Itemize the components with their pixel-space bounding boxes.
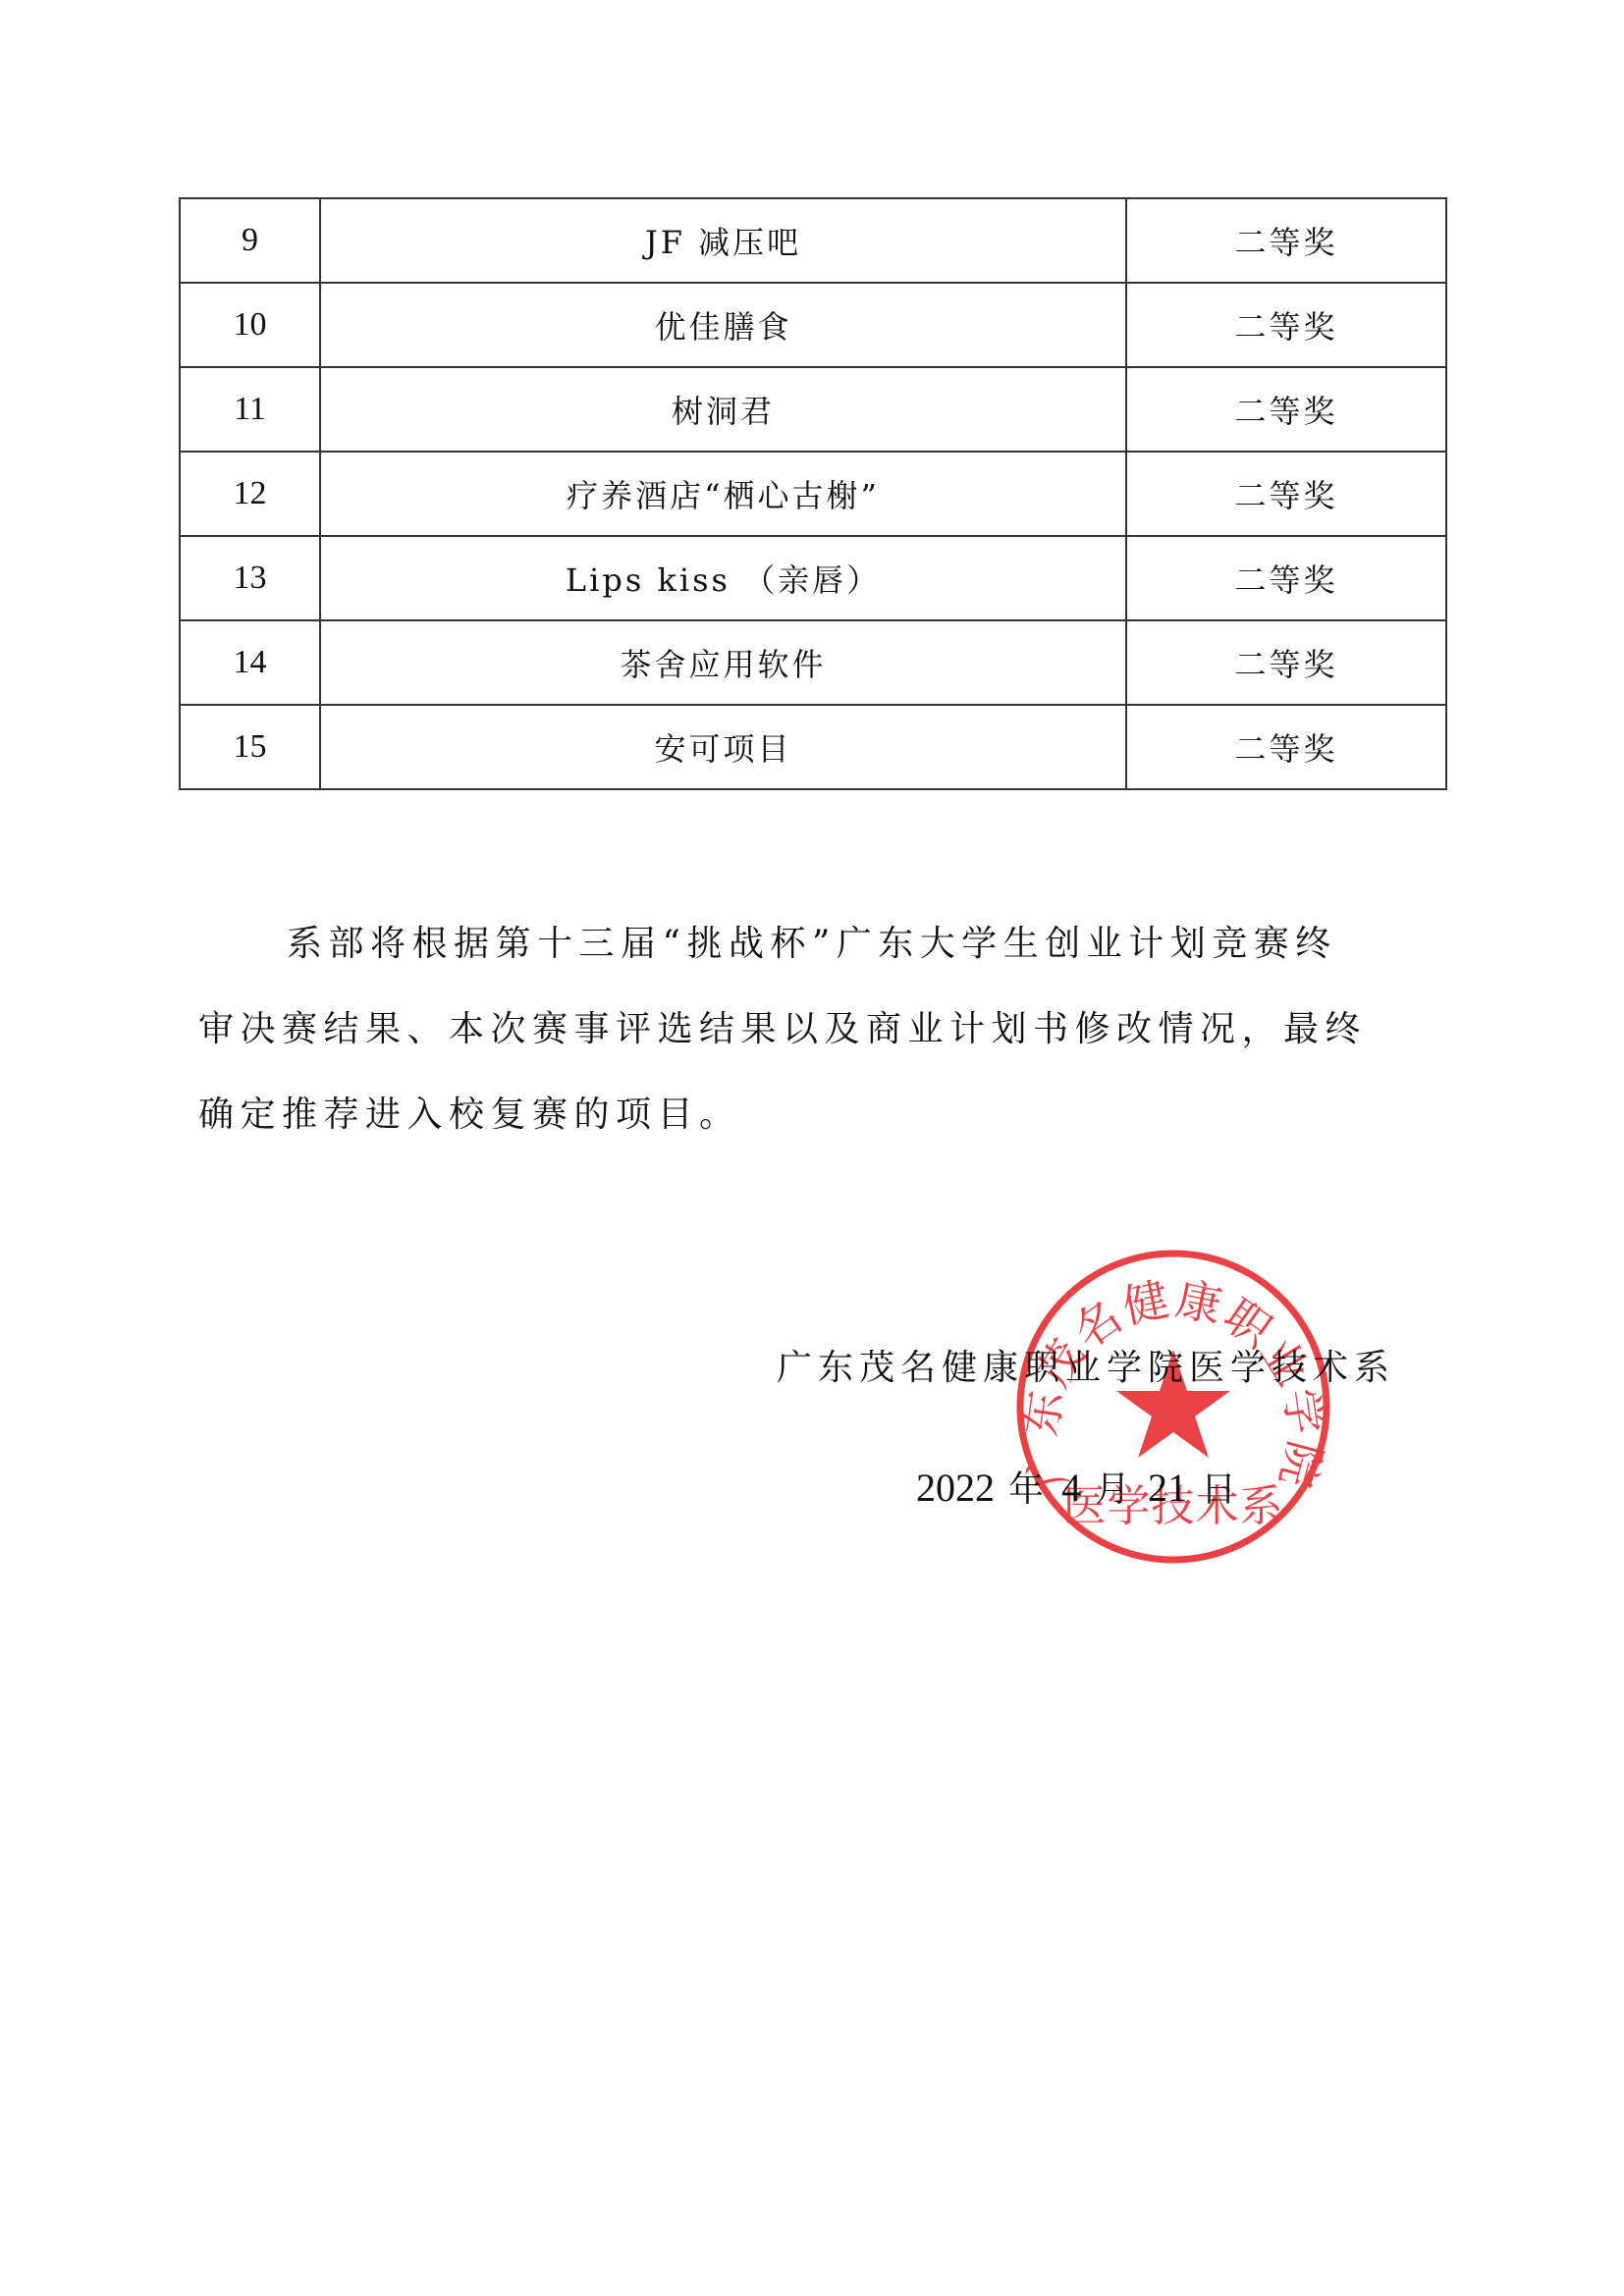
table-row: 15 安可项目 二等奖	[180, 705, 1446, 789]
award-level: 二等奖	[1126, 620, 1446, 705]
row-number: 14	[180, 620, 320, 705]
award-level: 二等奖	[1126, 367, 1446, 452]
table-row: 13 Lips kiss （亲唇） 二等奖	[180, 536, 1446, 620]
award-level: 二等奖	[1126, 705, 1446, 789]
award-level: 二等奖	[1126, 198, 1446, 283]
project-name: 优佳膳食	[320, 283, 1126, 367]
project-name: 疗养酒店“栖心古榭”	[320, 452, 1126, 536]
table-row: 10 优佳膳食 二等奖	[180, 283, 1446, 367]
seal-graphic: 广东茂名健康职业学院 医学技术系	[1014, 1248, 1332, 1566]
table-row: 14 茶舍应用软件 二等奖	[180, 620, 1446, 705]
table-row: 11 树洞君 二等奖	[180, 367, 1446, 452]
award-level: 二等奖	[1126, 283, 1446, 367]
table-row: 12 疗养酒店“栖心古榭” 二等奖	[180, 452, 1446, 536]
document-page: 9 JF 减压吧 二等奖 10 优佳膳食 二等奖 11 树洞君 二等奖 12 疗…	[0, 0, 1624, 2296]
row-number: 10	[180, 283, 320, 367]
paragraph-line: 系部将根据第十三届“挑战杯”广东大学生创业计划竞赛终	[198, 901, 1434, 987]
seal-bottom-text: 医学技术系	[1063, 1481, 1284, 1531]
row-number: 9	[180, 198, 320, 283]
project-name: JF 减压吧	[320, 198, 1126, 283]
project-name: 树洞君	[320, 367, 1126, 452]
paragraph-line: 确定推荐进入校复赛的项目。	[198, 1072, 1434, 1157]
table-row: 9 JF 减压吧 二等奖	[180, 198, 1446, 283]
row-number: 12	[180, 452, 320, 536]
project-name: 茶舍应用软件	[320, 620, 1126, 705]
award-level: 二等奖	[1126, 536, 1446, 620]
body-paragraph: 系部将根据第十三届“挑战杯”广东大学生创业计划竞赛终 审决赛结果、本次赛事评选结…	[198, 901, 1434, 1157]
seal-star-icon	[1116, 1350, 1230, 1458]
project-name: Lips kiss （亲唇）	[320, 536, 1126, 620]
row-number: 13	[180, 536, 320, 620]
paragraph-line: 审决赛结果、本次赛事评选结果以及商业计划书修改情况，最终	[198, 987, 1434, 1072]
official-seal: 广东茂名健康职业学院 医学技术系	[1014, 1248, 1332, 1566]
row-number: 15	[180, 705, 320, 789]
award-table: 9 JF 减压吧 二等奖 10 优佳膳食 二等奖 11 树洞君 二等奖 12 疗…	[179, 197, 1447, 790]
row-number: 11	[180, 367, 320, 452]
award-level: 二等奖	[1126, 452, 1446, 536]
date-year: 2022	[916, 1466, 995, 1510]
project-name: 安可项目	[320, 705, 1126, 789]
